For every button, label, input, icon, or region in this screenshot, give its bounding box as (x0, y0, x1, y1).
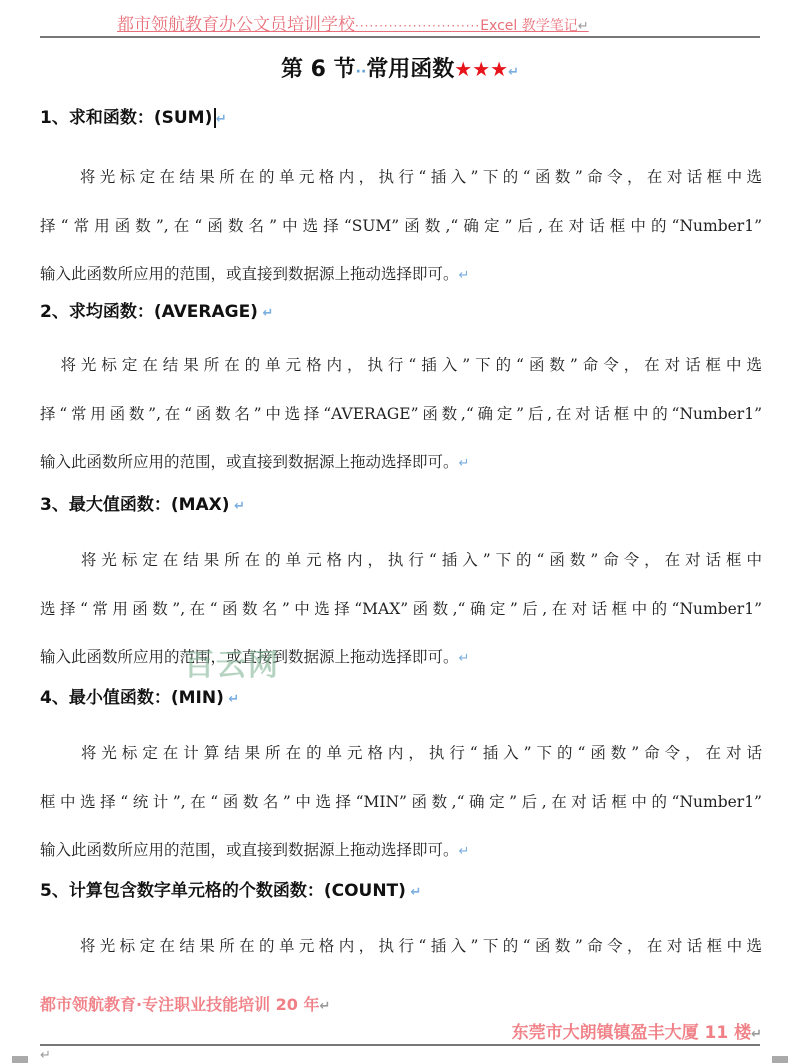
footer-address-text: 东莞市大朗镇镇盈丰大厦 11 楼 (512, 1023, 752, 1043)
paragraph-line: 将光标定在结果所在的单元格内，执行“插入”下的“函数”命令，在对话框中选 (40, 922, 762, 971)
paragraph-line: 将光标定在结果所在的单元格内，执行“插入”下的“函数”命令，在对话框中 (40, 536, 762, 585)
heading-text: 4、最小值函数：(MIN) (40, 688, 224, 708)
header-doc-label: Excel 教学笔记 (480, 18, 578, 34)
header-text: 都市领航教育办公文员培训学校··························… (117, 10, 589, 35)
paragraph-mark-icon: ↵ (459, 844, 470, 859)
space-marks: ·· (356, 64, 367, 80)
page-corner-marker (12, 1056, 28, 1063)
heading-text: 5、计算包含数字单元格的个数函数：(COUNT) (40, 881, 406, 901)
heading-text: 1、求和函数：(SUM) (40, 108, 212, 128)
heading-text: 2、求均函数：(AVERAGE) (40, 302, 258, 322)
header-leader-dots: ·························· (355, 19, 480, 33)
paragraph-line: 将光标定在结果所在的单元格内，执行“插入”下的“函数”命令，在对话框中选 (40, 153, 762, 202)
section-max: 3、最大值函数：(MAX) ↵ 将光标定在结果所在的单元格内，执行“插入”下的“… (40, 490, 762, 682)
paragraph-mark-icon: ↵ (230, 499, 245, 514)
paragraph-line: 择“常用函数”,在“函数名”中选择“AVERAGE”函数,“确定”后,在对话框中… (40, 390, 762, 439)
title-section-number: 第 6 节 (281, 57, 356, 82)
paragraph-line: 输入此函数所应用的范围，或直接到数据源上拖动选择即可。↵ (40, 826, 762, 875)
page-title: 第 6 节··常用函数★★★↵ (0, 52, 800, 83)
paragraph-mark-icon: ↵ (459, 268, 470, 283)
paragraph-mark-icon: ↵ (459, 456, 470, 471)
section-paragraph[interactable]: 将光标定在结果所在的单元格内，执行“插入”下的“函数”命令，在对话框中选 择“常… (40, 341, 762, 487)
footer-slogan: 都市领航教育·专注职业技能培训 20 年↵ (40, 992, 330, 1015)
paragraph-mark-icon: ↵ (459, 651, 470, 666)
header-school-name: 都市领航教育办公文员培训学校 (117, 15, 355, 35)
paragraph-line: 将光标定在计算结果所在的单元格内，执行“插入”下的“函数”命令，在对话 (40, 729, 762, 778)
paragraph-mark-icon: ↵ (258, 306, 273, 321)
paragraph-mark-icon: ↵ (216, 112, 227, 127)
section-heading[interactable]: 1、求和函数：(SUM)↵ (40, 103, 762, 133)
paragraph-mark-icon: ↵ (578, 19, 589, 34)
paragraph-mark-icon: ↵ (406, 885, 421, 900)
header-rule (40, 36, 760, 38)
paragraph-line: 输入此函数所应用的范围，或直接到数据源上拖动选择即可。↵ (40, 438, 762, 487)
paragraph-line: 输入此函数所应用的范围，或直接到数据源上拖动选择即可。↵ (40, 633, 762, 682)
section-average: 2、求均函数：(AVERAGE) ↵ 将光标定在结果所在的单元格内，执行“插入”… (40, 297, 762, 487)
paragraph-line: 框中选择“统计”,在“函数名”中选择“MIN”函数,“确定”后,在对话框中的“N… (40, 778, 762, 827)
section-heading[interactable]: 3、最大值函数：(MAX) ↵ (40, 490, 762, 520)
paragraph-mark-icon: ↵ (751, 1027, 762, 1042)
paragraph-mark-icon: ↵ (508, 65, 519, 80)
watermark-logo: 百云网 (184, 640, 280, 684)
section-paragraph[interactable]: 将光标定在结果所在的单元格内，执行“插入”下的“函数”命令，在对话框中选 择“常… (40, 153, 762, 299)
section-paragraph[interactable]: 将光标定在计算结果所在的单元格内，执行“插入”下的“函数”命令，在对话 框中选择… (40, 729, 762, 875)
section-paragraph[interactable]: 将光标定在结果所在的单元格内，执行“插入”下的“函数”命令，在对话框中选 (40, 922, 762, 971)
section-paragraph[interactable]: 将光标定在结果所在的单元格内，执行“插入”下的“函数”命令，在对话框中 选择“常… (40, 536, 762, 682)
page-header: 都市领航教育办公文员培训学校··························… (0, 6, 800, 36)
section-sum: 1、求和函数：(SUM)↵ 将光标定在结果所在的单元格内，执行“插入”下的“函数… (40, 103, 762, 299)
section-min: 4、最小值函数：(MIN) ↵ 将光标定在计算结果所在的单元格内，执行“插入”下… (40, 683, 762, 875)
title-subject: 常用函数 (366, 57, 454, 82)
paragraph-mark-icon: ↵ (40, 1048, 51, 1063)
paragraph-line: 选择“常用函数”,在“函数名”中选择“MAX”函数,“确定”后,在对话框中的“N… (40, 585, 762, 634)
paragraph-line: 择“常用函数”,在“函数名”中选择“SUM”函数,“确定”后,在对话框中的“Nu… (40, 202, 762, 251)
paragraph-line: 输入此函数所应用的范围，或直接到数据源上拖动选择即可。↵ (40, 250, 762, 299)
footer-rule (40, 1044, 760, 1046)
star-rating-icon: ★★★ (454, 57, 508, 81)
paragraph-line: 将光标定在结果所在的单元格内，执行“插入”下的“函数”命令，在对话框中选 (40, 341, 762, 390)
section-heading[interactable]: 4、最小值函数：(MIN) ↵ (40, 683, 762, 713)
paragraph-mark-icon: ↵ (320, 999, 331, 1014)
page-corner-marker (772, 1056, 788, 1063)
heading-text: 3、最大值函数：(MAX) (40, 495, 230, 515)
section-count: 5、计算包含数字单元格的个数函数：(COUNT) ↵ 将光标定在结果所在的单元格… (40, 876, 762, 971)
section-heading[interactable]: 2、求均函数：(AVERAGE) ↵ (40, 297, 762, 327)
section-heading[interactable]: 5、计算包含数字单元格的个数函数：(COUNT) ↵ (40, 876, 762, 906)
footer-slogan-text: 都市领航教育·专注职业技能培训 20 年 (40, 995, 320, 1014)
paragraph-mark-icon: ↵ (224, 692, 239, 707)
footer-address: 东莞市大朗镇镇盈丰大厦 11 楼↵ (512, 1018, 762, 1043)
